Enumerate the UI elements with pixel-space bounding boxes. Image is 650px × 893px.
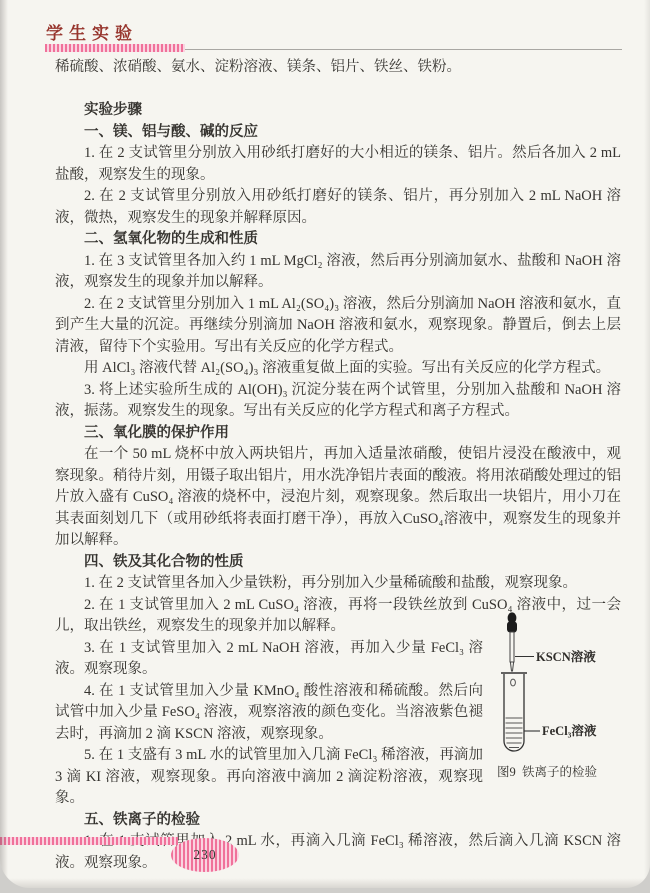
scan-edge-shadow-left [0,0,8,888]
page-number: 230 [193,847,216,863]
paragraph: 1. 在 2 支试管里分别放入用砂纸打磨好的大小相近的镁条、铝片。然后各加入 2… [55,143,621,186]
figure-label-kscn: KSCN溶液 [536,650,596,664]
scan-edge-shadow-bottom [0,878,650,888]
section-heading: 一、镁、铝与酸、碱的反应 [55,122,621,144]
paragraph: 2. 在 2 支试管里分别加入 1 mL Al₂(SO₄)₃ 溶液，然后分别滴加… [55,294,621,359]
falling-drop-icon [511,679,516,686]
figure-iron-ion-test: KSCN溶液 FeCl₃溶液 图9 铁离子的检验 [497,611,645,791]
paragraph: 5. 在 1 支盛有 3 mL 水的试管里加入几滴 FeCl₃ 稀溶液，再滴加 … [55,745,483,810]
steps-heading: 实验步骤 [55,100,621,122]
figure-label-fecl3: FeCl₃溶液 [542,724,596,738]
paragraph: 在一个 50 mL 烧杯中放入两块铝片，再加入适量浓硝酸，使铝片浸没在酸液中，观… [55,444,621,552]
figure-caption: 图9 铁离子的检验 [497,762,645,780]
header-stripe-decoration [45,44,185,52]
test-tube-illustration [497,611,645,761]
section-heading: 三、氧化膜的保护作用 [55,423,621,445]
paragraph: 稀硫酸、浓硝酸、氨水、淀粉溶液、镁条、铝片、铁丝、铁粉。 [55,57,621,79]
paragraph: 1. 在 2 支试管里各加入少量铁粉，再分别加入少量稀硫酸和盐酸，观察现象。 [55,573,621,595]
paragraph: 1. 在 3 支试管里各加入约 1 mL MgCl₂ 溶液，然后再分别滴加氨水、… [55,251,621,294]
paragraph: 3. 将上述实验所生成的 Al(OH)₃ 沉淀分装在两个试管里，分别加入盐酸和 … [55,380,621,423]
liquid-hatch-lines [506,718,523,748]
header-rule [185,49,622,50]
paragraph: 3. 在 1 支试管里加入 2 mL NaOH 溶液，再加入少量 FeCl₃ 溶… [55,638,483,681]
paragraph: 2. 在 2 支试管里分别放入用砂纸打磨好的镁条、铝片，再分别加入 2 mL N… [55,186,621,229]
paragraph: 用 AlCl₃ 溶液代替 Al₂(SO₄)₃ 溶液重复做上面的实验。写出有关反应… [55,358,621,380]
paragraph: 4. 在 1 支试管里加入少量 KMnO₄ 酸性溶液和稀硫酸。然后向试管中加入少… [55,681,483,746]
dropper-icon [507,612,517,671]
footer-stripe-decoration [0,837,178,845]
test-tube-icon [501,673,527,751]
page-number-badge: 230 [171,838,239,872]
section-heading: 五、铁离子的检验 [55,810,621,832]
section-heading: 四、铁及其化合物的性质 [55,552,621,574]
book-page: 学生实验 稀硫酸、浓硝酸、氨水、淀粉溶液、镁条、铝片、铁丝、铁粉。 实验步骤 一… [0,0,650,888]
text-wrap-column: 3. 在 1 支试管里加入 2 mL NaOH 溶液，再加入少量 FeCl₃ 溶… [55,638,483,810]
page-header-title: 学生实验 [46,19,138,44]
section-heading: 二、氢氧化物的生成和性质 [55,229,621,251]
